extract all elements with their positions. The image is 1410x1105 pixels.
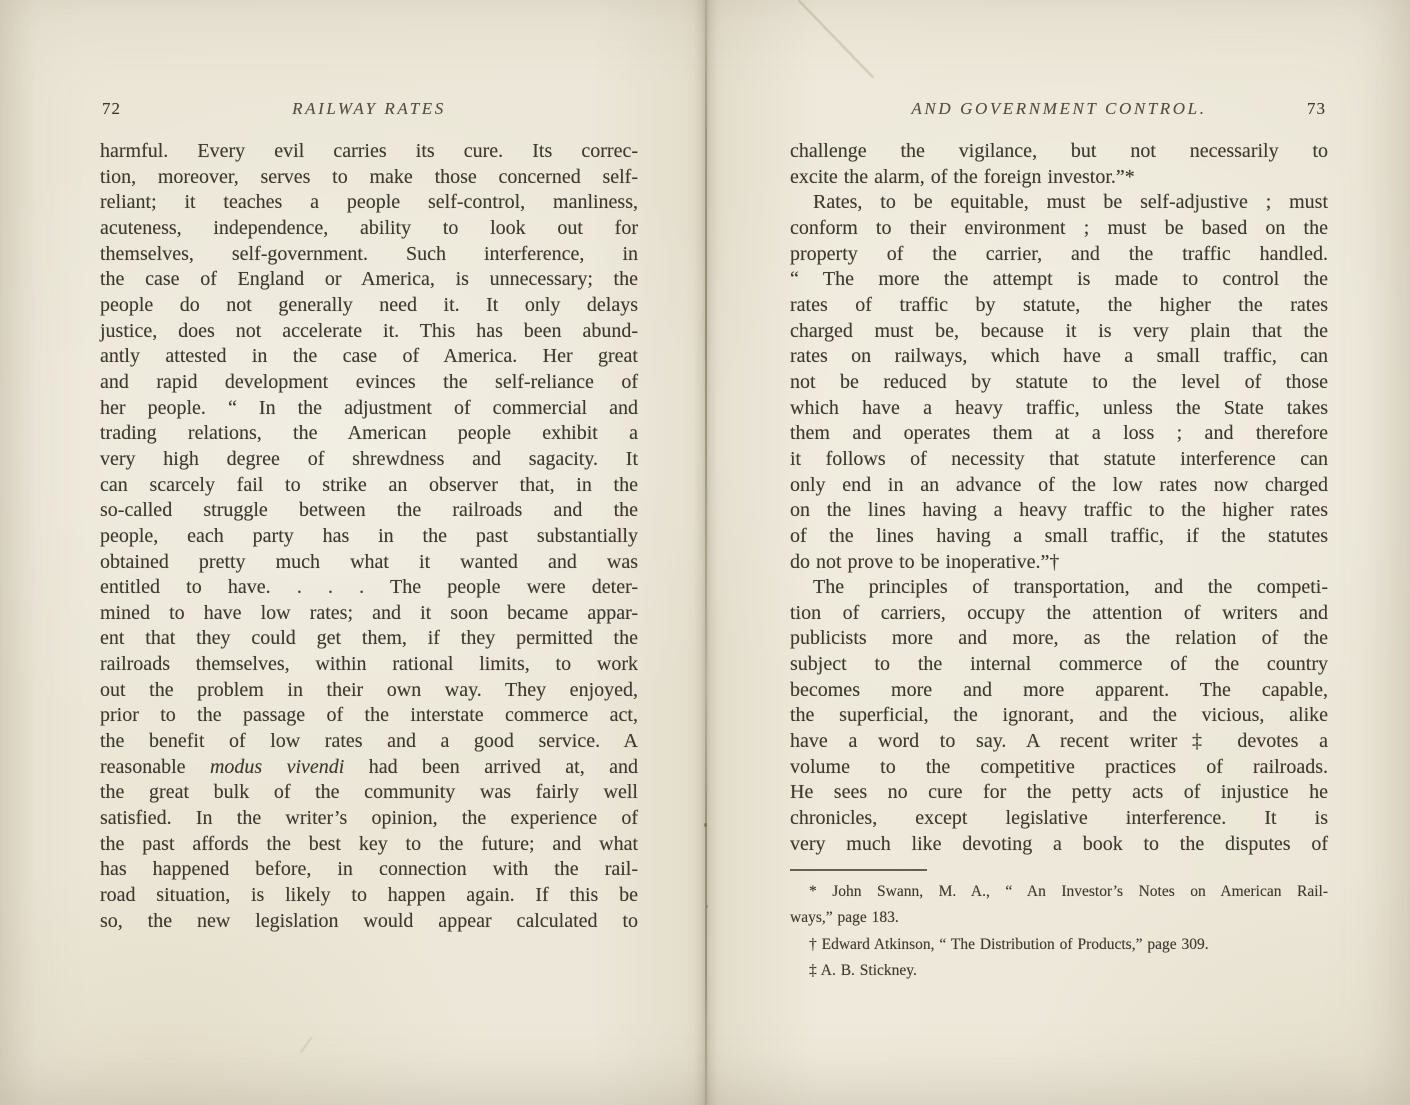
book-spread: 72 RAILWAY RATES harmful. Every evil car…: [0, 0, 1410, 1105]
text-line: † Edward Atkinson, “ The Distribution of…: [790, 932, 1328, 958]
text-line: her people. “ In the adjustment of comme…: [100, 396, 638, 422]
text-line: rates of traffic by statute, the higher …: [790, 293, 1328, 319]
text-line: antly attested in the case of America. H…: [100, 344, 638, 370]
text-line: The principles of transportation, and th…: [790, 575, 1328, 601]
text-line: the case of England or America, is unnec…: [100, 267, 638, 293]
text-column: harmful. Every evil carries its cure. It…: [100, 139, 638, 934]
page-header: AND GOVERNMENT CONTROL. 73: [790, 100, 1328, 120]
text-line: the past affords the best key to the fut…: [100, 832, 638, 858]
text-line: chronicles, except legislative interfere…: [790, 806, 1328, 832]
text-line: ent that they could get them, if they pe…: [100, 626, 638, 652]
text-line: the superficial, the ignorant, and the v…: [790, 703, 1328, 729]
text-line: and rapid development evinces the self-r…: [100, 370, 638, 396]
text-line: subject to the internal commerce of the …: [790, 652, 1328, 678]
text-line: only end in an advance of the low rates …: [790, 473, 1328, 499]
text-line: conform to their environment ; must be b…: [790, 216, 1328, 242]
text-column: challenge the vigilance, but not necessa…: [790, 139, 1328, 857]
text-line: obtained pretty much what it wanted and …: [100, 550, 638, 576]
text-line: publicists more and more, as the relatio…: [790, 626, 1328, 652]
text-line: has happened before, in connection with …: [100, 857, 638, 883]
paper-speck: [704, 823, 707, 827]
text-line: very much like devoting a book to the di…: [790, 832, 1328, 858]
footnote-separator: [790, 869, 927, 871]
page-crease: [798, 0, 874, 79]
text-line: challenge the vigilance, but not necessa…: [790, 139, 1328, 165]
text-line: so-called struggle between the railroads…: [100, 498, 638, 524]
text-line: acuteness, independence, ability to look…: [100, 216, 638, 242]
footnotes: * John Swann, M. A., “ An Investor’s Not…: [790, 879, 1328, 985]
running-head: RAILWAY RATES: [100, 100, 638, 118]
text-line: not be reduced by statute to the level o…: [790, 370, 1328, 396]
text-line: people, each party has in the past subst…: [100, 524, 638, 550]
text-line: ways,” page 183.: [790, 905, 1328, 931]
text-line: have a word to say. A recent writer‡ dev…: [790, 729, 1328, 755]
text-line: charged must be, because it is very plai…: [790, 319, 1328, 345]
text-line: of the lines having a small traffic, if …: [790, 524, 1328, 550]
text-line: property of the carrier, and the traffic…: [790, 242, 1328, 268]
text-line: can scarcely fail to strike an observer …: [100, 473, 638, 499]
text-line: prior to the passage of the interstate c…: [100, 703, 638, 729]
text-line: reasonable modus vivendi had been arrive…: [100, 755, 638, 781]
text-line: “ The more the attempt is made to contro…: [790, 267, 1328, 293]
text-line: reliant; it teaches a people self-contro…: [100, 190, 638, 216]
text-line: tion, moreover, serves to make those con…: [100, 165, 638, 191]
text-line: road situation, is likely to happen agai…: [100, 883, 638, 909]
text-line: harmful. Every evil carries its cure. It…: [100, 139, 638, 165]
text-line: which have a heavy traffic, unless the S…: [790, 396, 1328, 422]
text-line: ‡ A. B. Stickney.: [790, 958, 1328, 984]
text-line: justice, does not accelerate it. This ha…: [100, 319, 638, 345]
text-line: do not prove to be inoperative.”†: [790, 550, 1328, 576]
text-line: it follows of necessity that statute int…: [790, 447, 1328, 473]
text-line: rates on railways, which have a small tr…: [790, 344, 1328, 370]
page-header: 72 RAILWAY RATES: [100, 100, 638, 120]
text-line: satisfied. In the writer’s opinion, the …: [100, 806, 638, 832]
running-head: AND GOVERNMENT CONTROL.: [790, 100, 1328, 118]
text-line: He sees no cure for the petty acts of in…: [790, 780, 1328, 806]
page-number: 73: [1307, 100, 1326, 118]
text-line: mined to have low rates; and it soon bec…: [100, 601, 638, 627]
text-line: so, the new legislation would appear cal…: [100, 909, 638, 935]
text-line: people do not generally need it. It only…: [100, 293, 638, 319]
text-line: out the problem in their own way. They e…: [100, 678, 638, 704]
text-line: railroads themselves, within rational li…: [100, 652, 638, 678]
text-line: the great bulk of the community was fair…: [100, 780, 638, 806]
text-line: becomes more and more apparent. The capa…: [790, 678, 1328, 704]
page-left: 72 RAILWAY RATES harmful. Every evil car…: [100, 100, 638, 1105]
text-line: on the lines having a heavy traffic to t…: [790, 498, 1328, 524]
text-line: * John Swann, M. A., “ An Investor’s Not…: [790, 879, 1328, 905]
text-line: trading relations, the American people e…: [100, 421, 638, 447]
text-line: Rates, to be equitable, must be self-adj…: [790, 190, 1328, 216]
paper-speck: [706, 905, 708, 908]
text-line: entitled to have. . . . The people were …: [100, 575, 638, 601]
page-right: AND GOVERNMENT CONTROL. 73 challenge the…: [790, 100, 1328, 1105]
text-line: themselves, self-government. Such interf…: [100, 242, 638, 268]
text-line: very high degree of shrewdness and sagac…: [100, 447, 638, 473]
text-line: them and operates them at a loss ; and t…: [790, 421, 1328, 447]
text-line: tion of carriers, occupy the attention o…: [790, 601, 1328, 627]
text-line: volume to the competitive practices of r…: [790, 755, 1328, 781]
gutter-fold: [694, 0, 718, 1105]
text-line: the benefit of low rates and a good serv…: [100, 729, 638, 755]
text-line: excite the alarm, of the foreign investo…: [790, 165, 1328, 191]
